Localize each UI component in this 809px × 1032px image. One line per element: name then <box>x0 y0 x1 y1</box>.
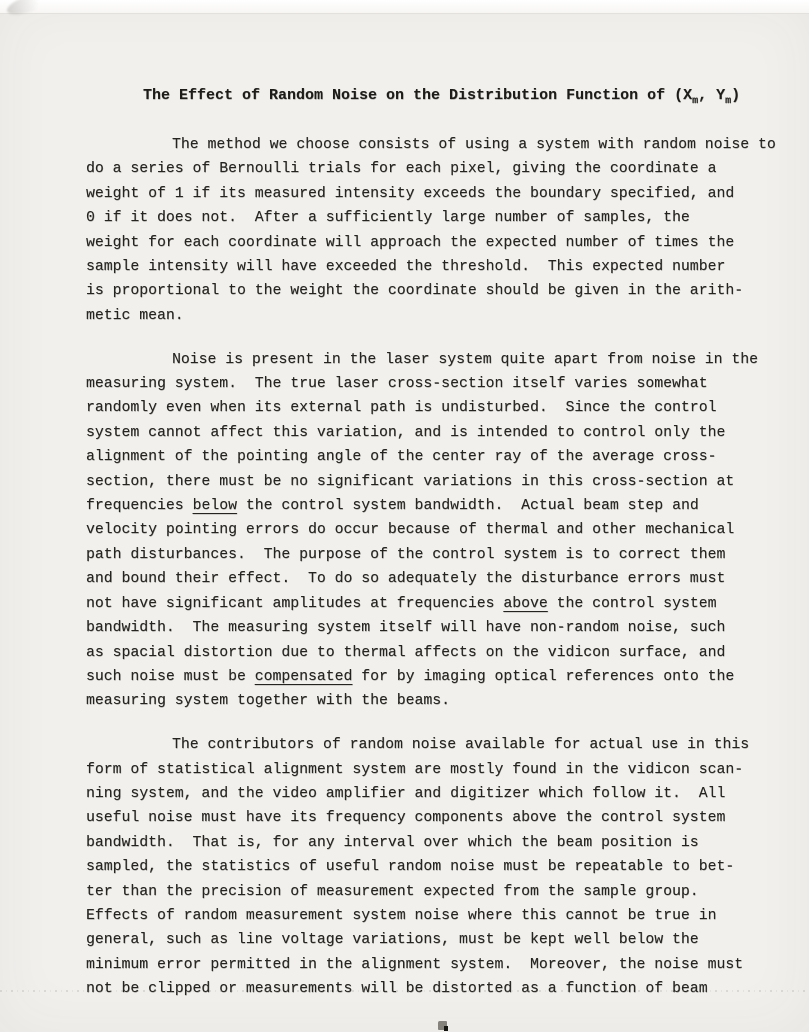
text-line: Effects of random measurement system noi… <box>86 904 766 928</box>
text-line: measuring system. The true laser cross-s… <box>86 372 766 396</box>
scan-speckle-line-artifact <box>0 990 809 992</box>
scanner-edge-artifact <box>0 0 809 14</box>
document-title: The Effect of Random Noise on the Distri… <box>143 87 740 111</box>
text-line: ter than the precision of measurement ex… <box>86 880 766 904</box>
text-line: not have significant amplitudes at frequ… <box>86 592 766 616</box>
text-line: Noise is present in the laser system qui… <box>86 348 766 372</box>
text-line: The method we choose consists of using a… <box>86 133 766 157</box>
text-line: bandwidth. That is, for any interval ove… <box>86 831 766 855</box>
text-line: useful noise must have its frequency com… <box>86 806 766 830</box>
text-line: system cannot affect this variation, and… <box>86 421 766 445</box>
text-line: frequencies below the control system ban… <box>86 494 766 518</box>
text-line: do a series of Bernoulli trials for each… <box>86 157 766 181</box>
text-line: sample intensity will have exceeded the … <box>86 255 766 279</box>
text-line: alignment of the pointing angle of the c… <box>86 445 766 469</box>
text-line: such noise must be compensated for by im… <box>86 665 766 689</box>
text-line: general, such as line voltage variations… <box>86 928 766 952</box>
paragraph: The contributors of random noise availab… <box>86 733 766 1001</box>
text-line: 0 if it does not. After a sufficiently l… <box>86 206 766 230</box>
text-line: sampled, the statistics of useful random… <box>86 855 766 879</box>
paragraph: The method we choose consists of using a… <box>86 133 766 328</box>
text-line: velocity pointing errors do occur becaus… <box>86 518 766 542</box>
text-line: minimum error permitted in the alignment… <box>86 953 766 977</box>
text-line: section, there must be no significant va… <box>86 470 766 494</box>
text-line: form of statistical alignment system are… <box>86 758 766 782</box>
text-line: as spacial distortion due to thermal aff… <box>86 641 766 665</box>
scanned-document-page: The Effect of Random Noise on the Distri… <box>0 0 809 1032</box>
text-line: weight of 1 if its measured intensity ex… <box>86 182 766 206</box>
text-line: is proportional to the weight the coordi… <box>86 279 766 303</box>
text-line: randomly even when its external path is … <box>86 396 766 420</box>
text-line: ning system, and the video amplifier and… <box>86 782 766 806</box>
text-line: and bound their effect. To do so adequat… <box>86 567 766 591</box>
page-number-fragment <box>438 1021 447 1030</box>
text-line: The contributors of random noise availab… <box>86 733 766 757</box>
text-line: path disturbances. The purpose of the co… <box>86 543 766 567</box>
document-body: The method we choose consists of using a… <box>86 133 766 1002</box>
text-line: measuring system together with the beams… <box>86 689 766 713</box>
text-line: metic mean. <box>86 304 766 328</box>
paragraph: Noise is present in the laser system qui… <box>86 348 766 714</box>
text-line: weight for each coordinate will approach… <box>86 231 766 255</box>
text-line: bandwidth. The measuring system itself w… <box>86 616 766 640</box>
